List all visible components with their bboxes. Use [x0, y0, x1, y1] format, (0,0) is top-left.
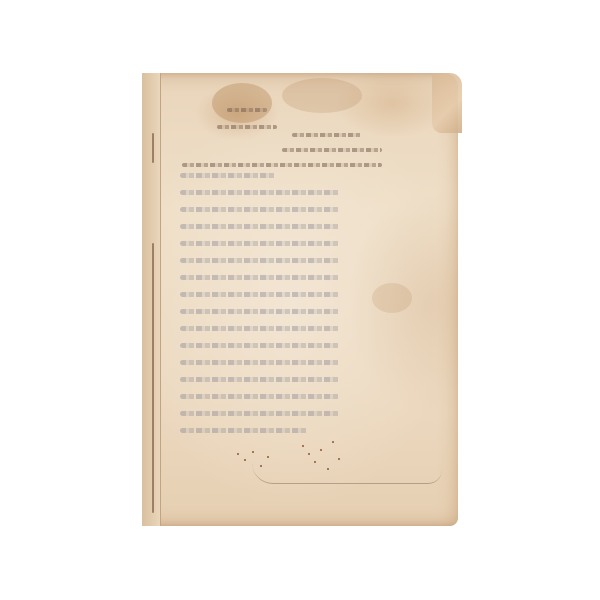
heading-inscription — [182, 93, 382, 168]
stitch-thread — [152, 243, 154, 513]
stitch-thread — [152, 133, 154, 163]
folded-corner — [432, 73, 462, 133]
faded-text-block — [180, 173, 340, 443]
signature-scrawl — [252, 463, 442, 484]
manuscript-page — [142, 73, 458, 526]
water-stain — [372, 283, 412, 313]
